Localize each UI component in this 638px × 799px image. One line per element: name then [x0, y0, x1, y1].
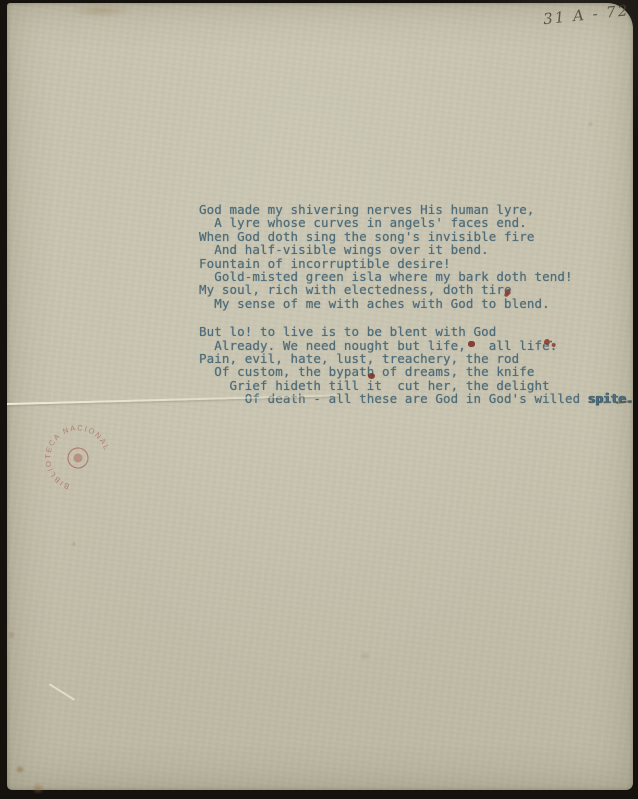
archive-reference-pencil: 31 A - 72 [542, 0, 638, 28]
poem-line: But lo! to live is to be blent with God [199, 325, 634, 338]
poem-line: My sense of me with aches with God to bl… [199, 297, 634, 310]
poem-line: A lyre whose curves in angels' faces end… [199, 216, 634, 229]
poem-line-start: Of death - all these are God in God's wi… [199, 391, 588, 406]
photo-background: 31 A - 72 God made my shivering nerves H… [0, 0, 638, 799]
stanza-1: God made my shivering nerves His human l… [199, 203, 634, 310]
poem-line: Gold-misted green isla where my bark dot… [199, 270, 634, 283]
foxing-spot [31, 783, 45, 794]
red-ink-dot-mark [368, 373, 375, 379]
stamp-text: BIBLIOTECA NACIONAL [29, 409, 117, 494]
library-stamp: BIBLIOTECA NACIONAL [23, 403, 133, 513]
stain-smudge [69, 3, 133, 18]
stamp-emblem-center [72, 452, 85, 465]
foxing-spot [71, 541, 77, 547]
poem-line: My soul, rich with electedness, doth tir… [199, 283, 634, 296]
overtyped-word: spite. [588, 391, 634, 406]
surface-scratch [49, 683, 75, 700]
document-page: 31 A - 72 God made my shivering nerves H… [7, 3, 633, 790]
foxing-spot [359, 651, 371, 661]
poem-line: When God doth sing the song's invisible … [199, 230, 634, 243]
poem-line: Of custom, the bypath of dreams, the kni… [199, 365, 634, 378]
foxing-spot [587, 121, 594, 127]
red-ink-blot-mark [468, 341, 475, 347]
poem-line: Already. We need nought but life, all li… [199, 339, 634, 352]
poem-line: Pain, evil, hate, lust, treachery, the r… [199, 352, 634, 365]
foxing-spot [15, 765, 25, 774]
poem-line: Fountain of incorruptible desire! [199, 257, 634, 270]
poem-line: And half-visible wings over it bend. [199, 243, 634, 256]
poem-line: Of death - all these are God in God's wi… [199, 392, 634, 405]
stanza-2: But lo! to live is to be blent with God … [199, 325, 634, 405]
poem-line: God made my shivering nerves His human l… [199, 203, 634, 216]
foxing-spot [7, 631, 16, 639]
poem-text: God made my shivering nerves His human l… [199, 203, 634, 406]
